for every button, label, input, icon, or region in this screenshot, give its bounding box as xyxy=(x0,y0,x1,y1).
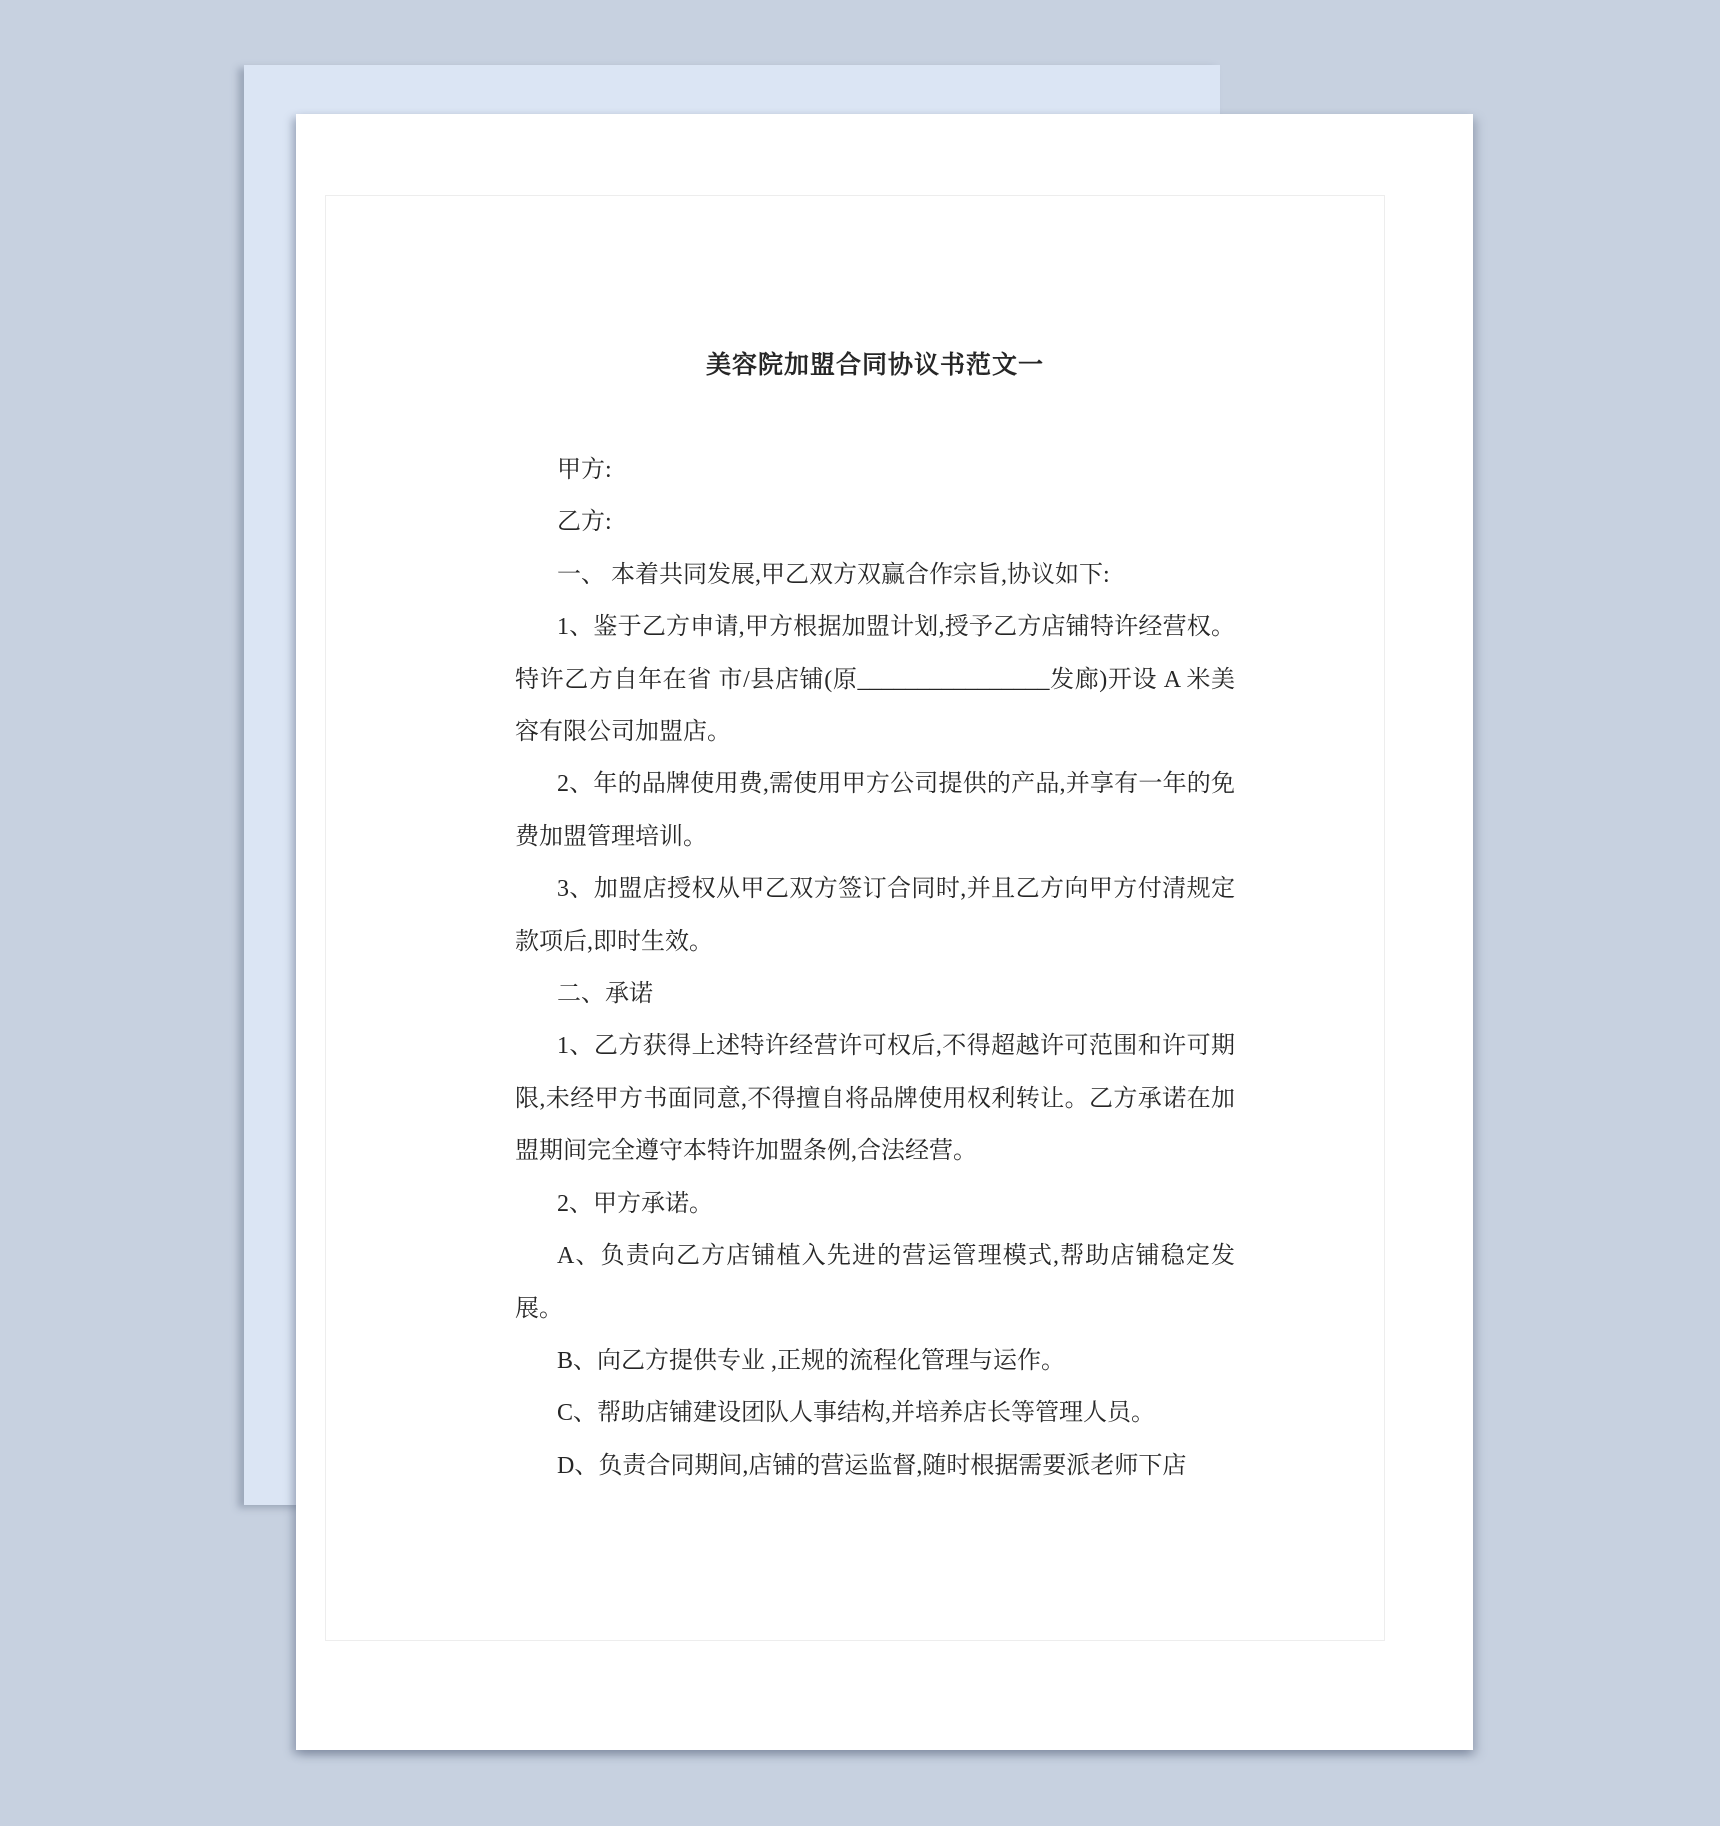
paragraph-2-2-c: C、帮助店铺建设团队人事结构,并培养店长等管理人员。 xyxy=(515,1387,1235,1439)
paragraph-section-2: 二、承诺 xyxy=(515,968,1235,1020)
paragraph-2-2-d: D、负责合同期间,店铺的营运监督,随时根据需要派老师下店 xyxy=(515,1440,1235,1492)
document-title: 美容院加盟合同协议书范文一 xyxy=(515,348,1235,384)
paragraph-1-1: 1、鉴于乙方申请,甲方根据加盟计划,授予乙方店铺特许经营权。特许乙方自年在省 市… xyxy=(515,601,1235,758)
document-content: 美容院加盟合同协议书范文一 甲方: 乙方: 一、 本着共同发展,甲乙双方双赢合作… xyxy=(515,284,1235,1492)
paragraph-2-1: 1、乙方获得上述特许经营许可权后,不得超越许可范围和许可期限,未经甲方书面同意,… xyxy=(515,1020,1235,1177)
paragraph-2-2: 2、甲方承诺。 xyxy=(515,1178,1235,1230)
paragraph-party-a: 甲方: xyxy=(515,444,1235,496)
document-body: 甲方: 乙方: 一、 本着共同发展,甲乙双方双赢合作宗旨,协议如下: 1、鉴于乙… xyxy=(515,444,1235,1492)
contract-document-page: 美容院加盟合同协议书范文一 甲方: 乙方: 一、 本着共同发展,甲乙双方双赢合作… xyxy=(296,114,1473,1750)
paragraph-1-3: 3、加盟店授权从甲乙双方签订合同时,并且乙方向甲方付清规定款项后,即时生效。 xyxy=(515,863,1235,968)
paragraph-2-2-b: B、向乙方提供专业 ,正规的流程化管理与运作。 xyxy=(515,1335,1235,1387)
paragraph-party-b: 乙方: xyxy=(515,496,1235,548)
paragraph-2-2-a: A、负责向乙方店铺植入先进的营运管理模式,帮助店铺稳定发展。 xyxy=(515,1230,1235,1335)
paragraph-section-1: 一、 本着共同发展,甲乙双方双赢合作宗旨,协议如下: xyxy=(515,549,1235,601)
paragraph-1-2: 2、年的品牌使用费,需使用甲方公司提供的产品,并享有一年的免费加盟管理培训。 xyxy=(515,758,1235,863)
